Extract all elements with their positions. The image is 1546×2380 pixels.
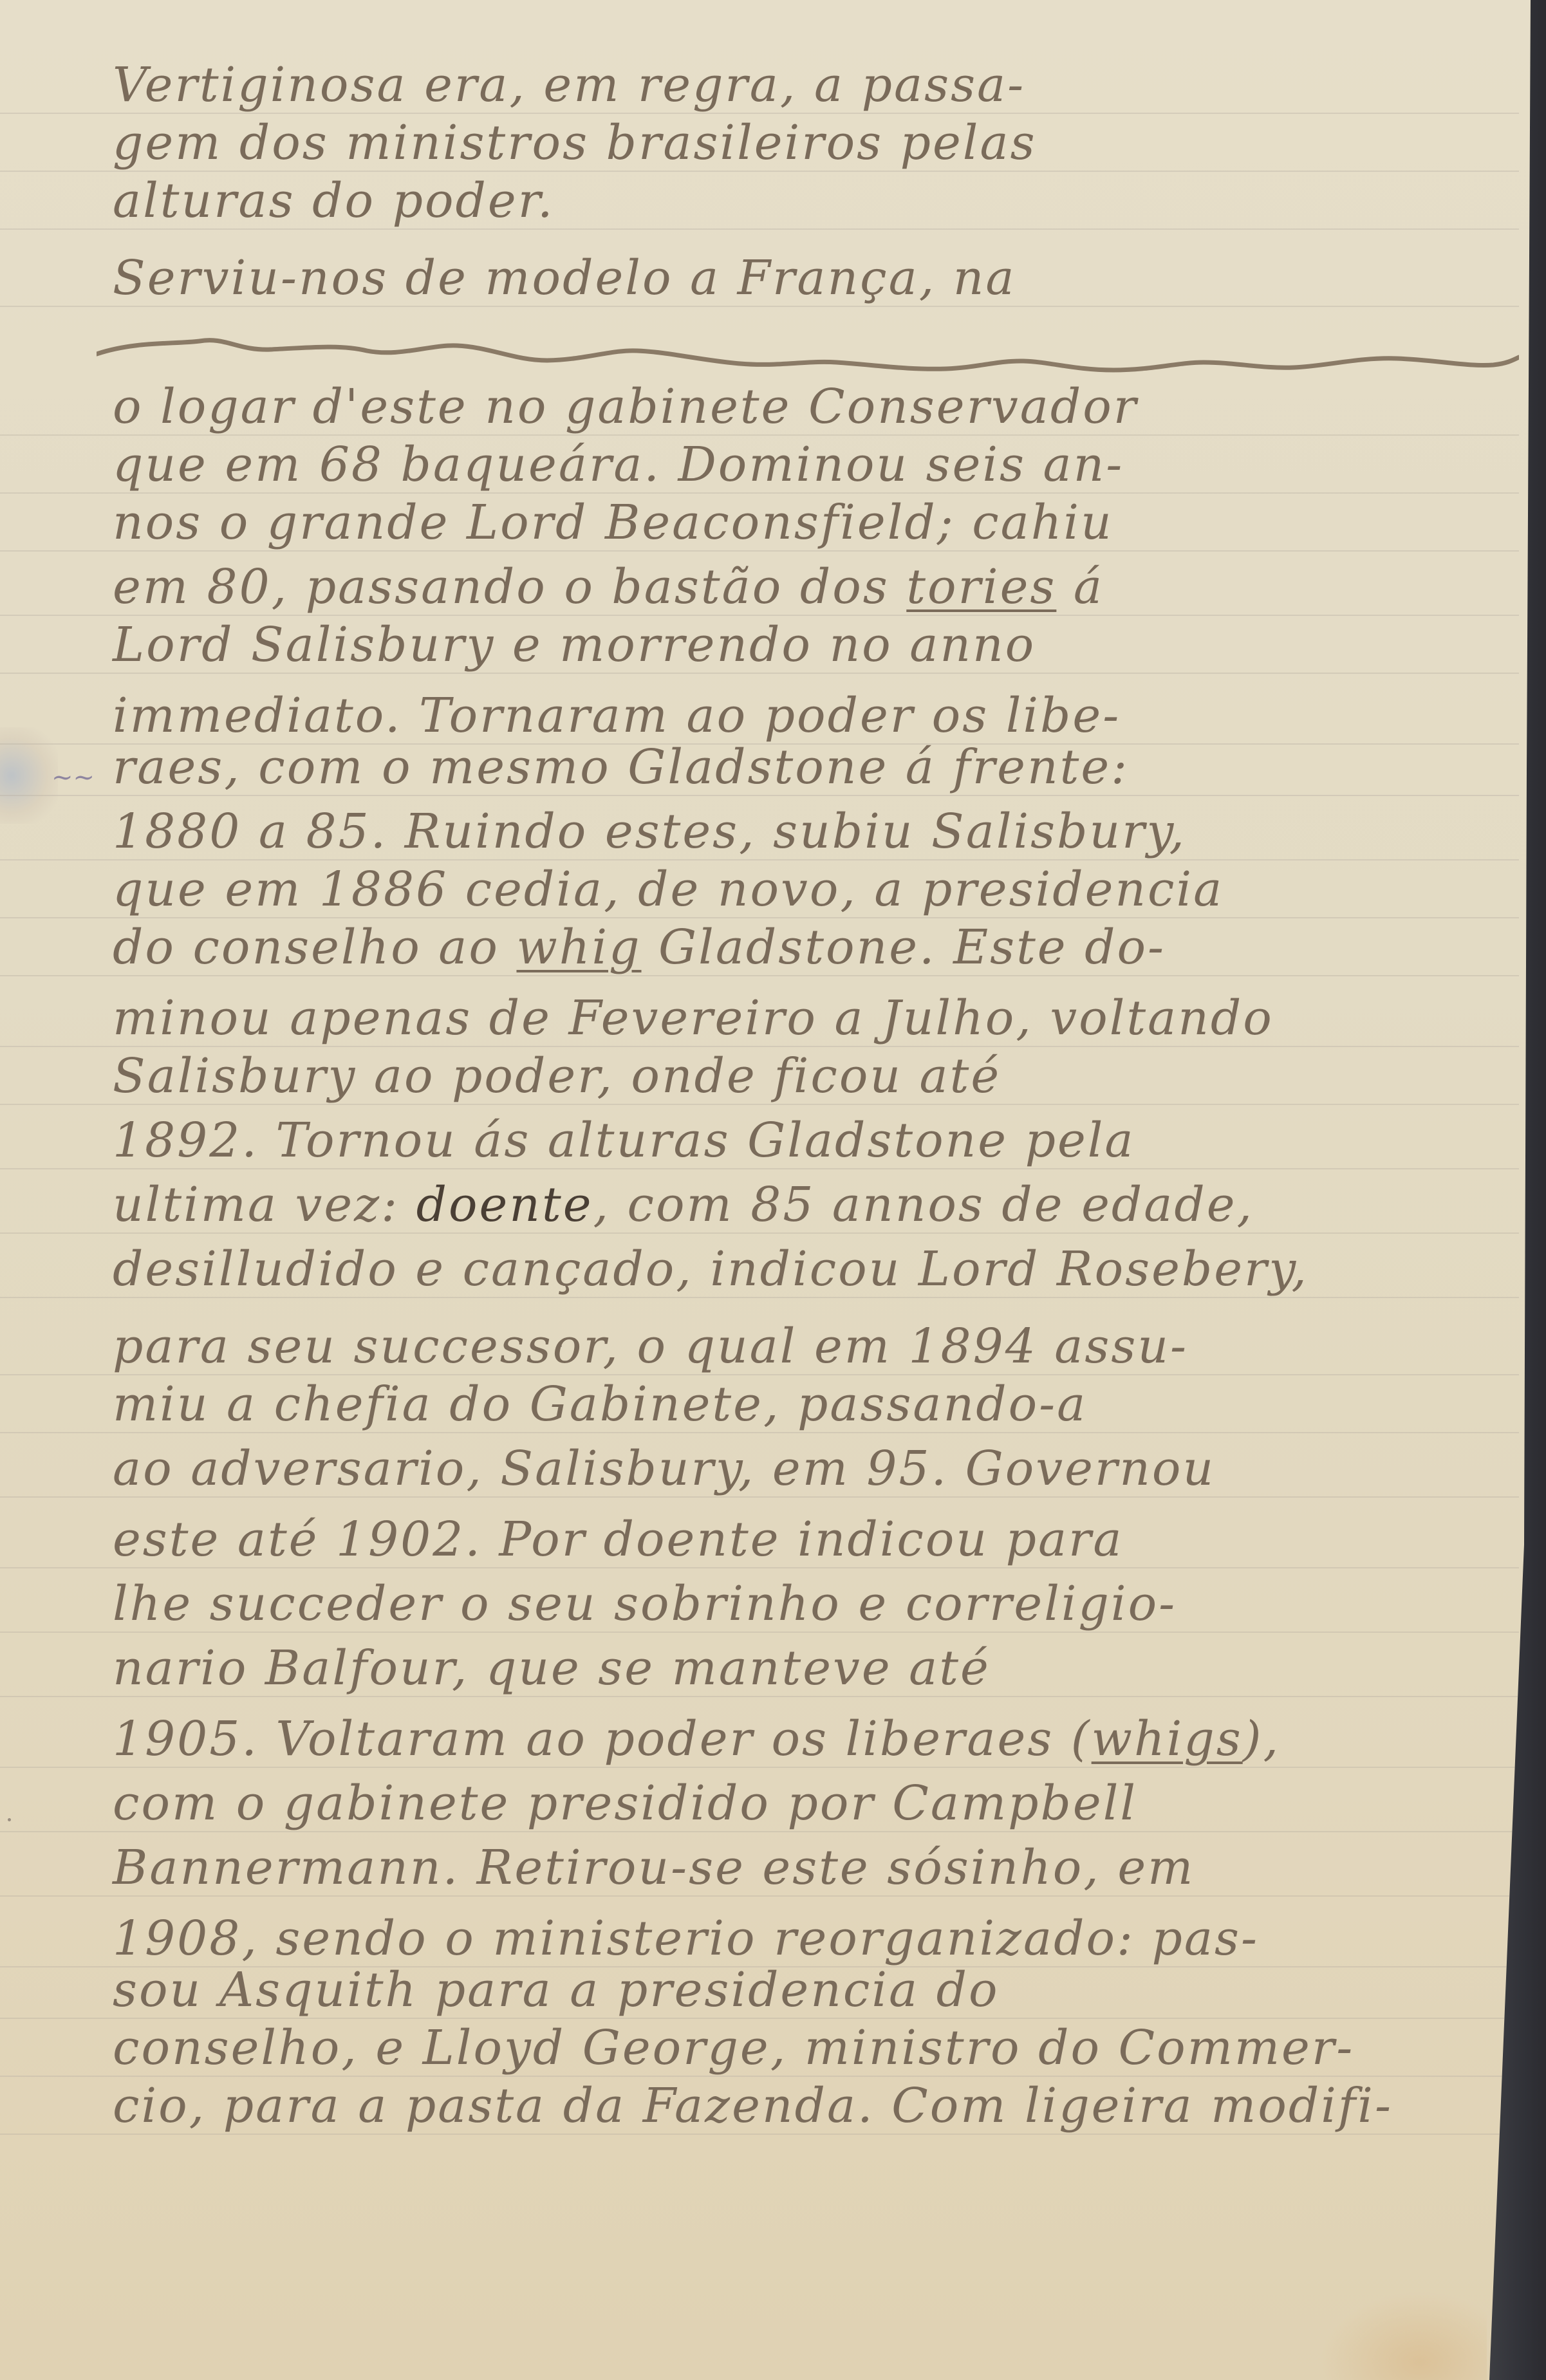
text-line: que em 68 baqueára. Dominou seis an- [113,441,1124,488]
text-segment: do conselho ao [113,920,516,975]
text-segment: ), [1243,1711,1280,1767]
text-segment: á [1056,559,1104,615]
text-line: Bannermann. Retirou-se este sósinho, em [113,1844,1195,1892]
underlined-word: tories [906,559,1056,615]
text-segment: 1905. Voltaram ao poder os liberaes ( [113,1711,1092,1767]
text-line: conselho, e Lloyd George, ministro do Co… [113,2024,1354,2072]
underlined-word: whig [516,920,641,975]
text-segment: , com 85 annos de edade, [593,1177,1254,1232]
text-line: em 80, passando o bastão dos tories á [113,563,1104,611]
underlined-word: whigs [1092,1711,1243,1767]
text-line: alturas do poder. [113,177,554,225]
text-line: Lord Salisbury e morrendo no anno [113,621,1036,669]
text-segment: Gladstone. Este do- [642,920,1166,975]
text-line: 1908, sendo o ministerio reorganizado: p… [113,1915,1259,1962]
text-line: 1880 a 85. Ruindo estes, subiu Salisbury… [113,808,1186,855]
text-line: ao adversario, Salisbury, em 95. Governo… [113,1445,1215,1492]
text-line: raes, com o mesmo Gladstone á frente: [113,743,1129,791]
text-line: ultima vez: doente, com 85 annos de edad… [113,1181,1254,1229]
text-line: gem dos ministros brasileiros pelas [113,119,1037,167]
text-line: que em 1886 cedia, de novo, a presidenci… [113,866,1224,913]
text-segment: ultima vez: [113,1177,416,1232]
text-line: lhe succeder o seu sobrinho e correligio… [113,1580,1177,1628]
text-line: 1905. Voltaram ao poder os liberaes (whi… [113,1715,1280,1763]
overwritten-word: doente [416,1177,593,1232]
text-line: immediato. Tornaram ao poder os libe- [113,692,1121,739]
text-line: desilludido e cançado, indicou Lord Rose… [113,1245,1309,1293]
text-line: nario Balfour, que se manteve até [113,1644,991,1692]
manuscript-page: ~~ Vertiginosa era, em regra, a passa- g… [0,0,1546,2380]
text-line: 1892. Tornou ás alturas Gladstone pela [113,1117,1135,1164]
text-line: Serviu-nos de modelo a França, na [113,254,1016,302]
text-line: minou apenas de Fevereiro a Julho, volta… [113,994,1274,1042]
text-line: sou Asquith para a presidencia do [113,1966,1000,2014]
text-line: do conselho ao whig Gladstone. Este do- [113,924,1166,971]
text-line: Salisbury ao poder, onde ficou até [113,1052,1001,1100]
text-line: cio, para a pasta da Fazenda. Com ligeir… [113,2082,1393,2130]
text-line: com o gabinete presidido por Campbell [113,1780,1137,1827]
text-line: miu a chefia do Gabinete, passando-a [113,1381,1087,1428]
text-line: este até 1902. Por doente indicou para [113,1516,1124,1563]
text-line: para seu successor, o qual em 1894 assu- [113,1323,1188,1370]
text-line: nos o grande Lord Beaconsfield; cahiu [113,499,1113,546]
handwritten-text: Vertiginosa era, em regra, a passa- gem … [0,0,1546,2380]
text-line: Vertiginosa era, em regra, a passa- [113,61,1025,109]
text-segment: em 80, passando o bastão dos [113,559,906,615]
text-line: o logar d'este no gabinete Conservador [113,383,1138,431]
